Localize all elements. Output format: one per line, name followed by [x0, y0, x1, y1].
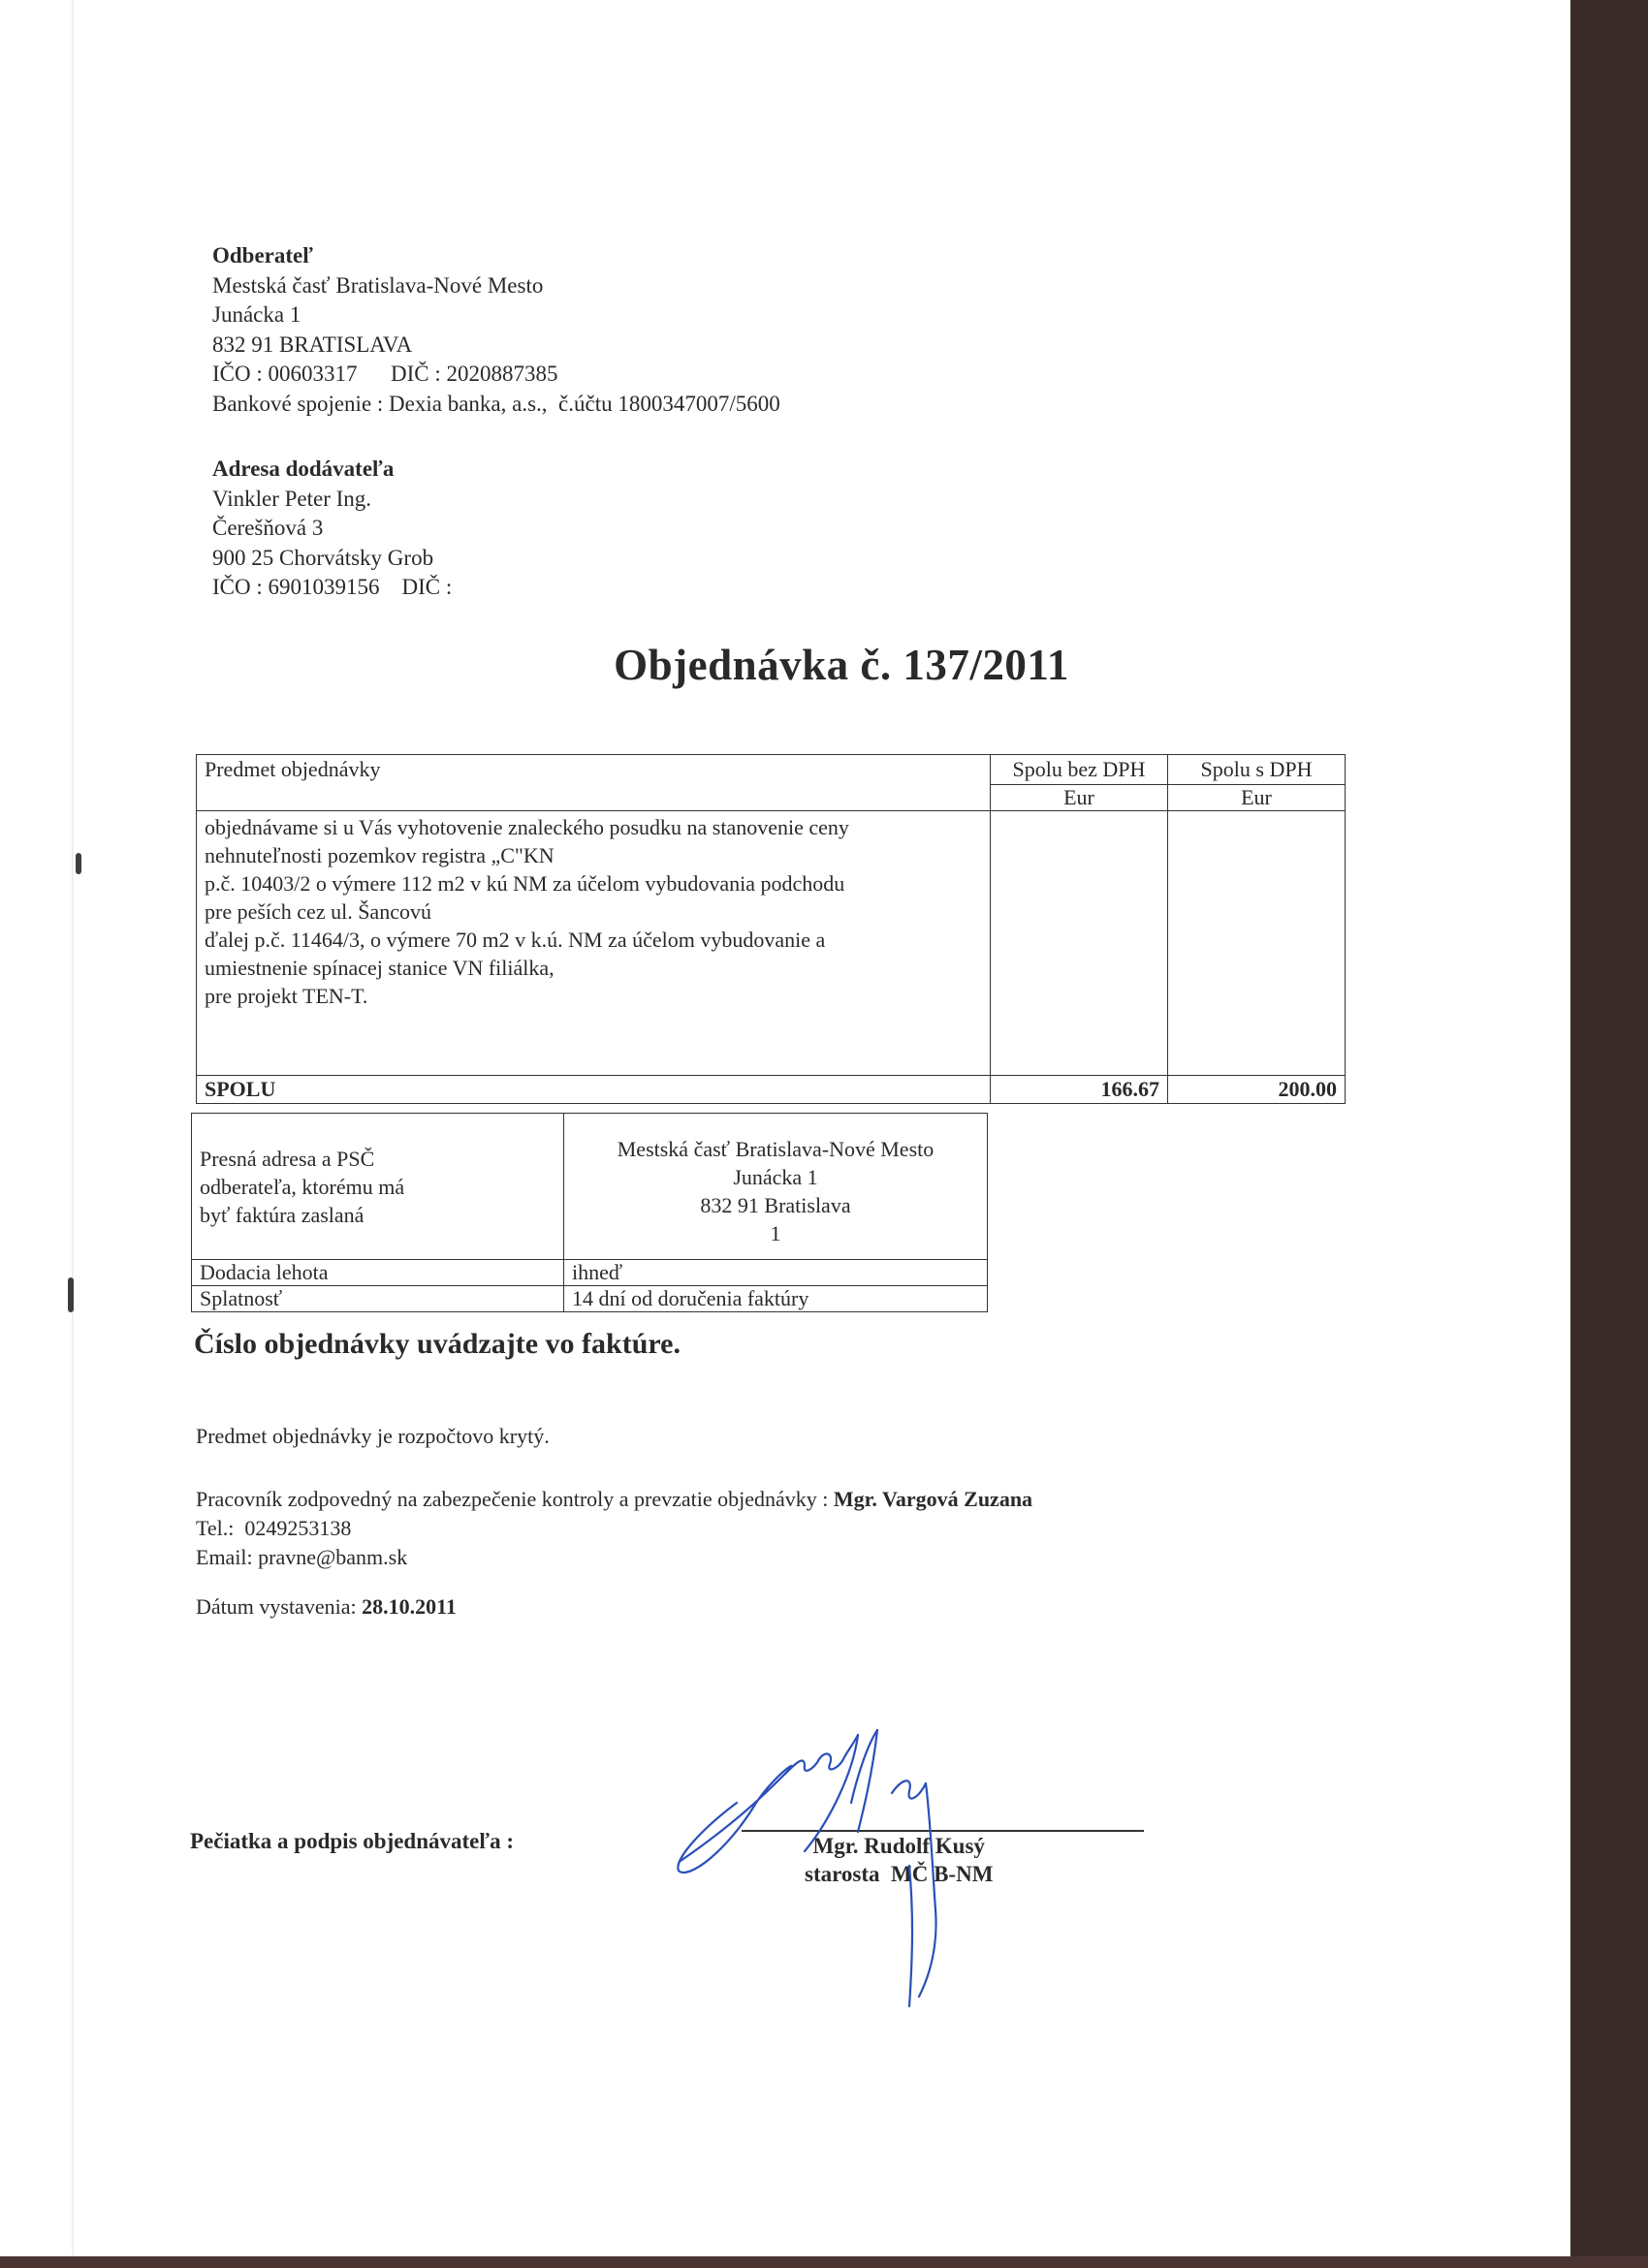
responsible-phone: Tel.: 0249253138	[196, 1514, 1032, 1543]
responsible-email: Email: pravne@banm.sk	[196, 1543, 1032, 1572]
customer-name: Mestská časť Bratislava-Nové Mesto	[212, 271, 780, 301]
description-row: objednávame si u Vás vyhotovenie znaleck…	[197, 811, 1346, 1076]
customer-bank: Bankové spojenie : Dexia banka, a.s., č.…	[212, 390, 780, 420]
order-header-row: Predmet objednávky Spolu bez DPH Spolu s…	[197, 755, 1346, 785]
customer-street: Junácka 1	[212, 300, 780, 331]
address-value-line: 1	[572, 1219, 979, 1247]
order-table: Predmet objednávky Spolu bez DPH Spolu s…	[196, 754, 1346, 1104]
total-row: SPOLU 166.67 200.00	[197, 1076, 1346, 1104]
net-header: Spolu bez DPH	[991, 755, 1168, 785]
gross-currency: Eur	[1168, 785, 1346, 811]
delivery-row: Dodacia lehota ihneď	[192, 1260, 988, 1286]
total-net: 166.67	[991, 1076, 1168, 1104]
description-line: nehnuteľnosti pozemkov registra „C"KN	[205, 841, 982, 869]
responsible-name: Mgr. Vargová Zuzana	[834, 1487, 1032, 1511]
supplier-name: Vinkler Peter Ing.	[212, 485, 452, 515]
customer-heading: Odberateľ	[212, 241, 780, 271]
issue-date-value: 28.10.2011	[362, 1594, 457, 1619]
invoice-address-value: Mestská časť Bratislava-Nové Mesto Junác…	[564, 1114, 988, 1260]
address-label-line: odberateľa, ktorému má	[200, 1173, 555, 1201]
address-value-line: Junácka 1	[572, 1163, 979, 1191]
customer-ids: IČO : 00603317 DIČ : 2020887385	[212, 360, 780, 390]
invoice-address-row: Presná adresa a PSČ odberateľa, ktorému …	[192, 1114, 988, 1260]
order-description: objednávame si u Vás vyhotovenie znaleck…	[197, 811, 991, 1076]
scan-background-edge	[1570, 0, 1648, 2268]
document-title: Objednávka č. 137/2011	[0, 640, 1648, 690]
net-empty-cell	[991, 811, 1168, 1076]
total-label: SPOLU	[197, 1076, 991, 1104]
total-gross: 200.00	[1168, 1076, 1346, 1104]
gross-header: Spolu s DPH	[1168, 755, 1346, 785]
gross-empty-cell	[1168, 811, 1346, 1076]
invoice-table: Presná adresa a PSČ odberateľa, ktorému …	[191, 1113, 988, 1312]
delivery-label: Dodacia lehota	[192, 1260, 564, 1286]
address-label-line: Presná adresa a PSČ	[200, 1145, 555, 1173]
supplier-street: Čerešňová 3	[212, 514, 452, 544]
document-title-text: Objednávka č. 137/2011	[614, 641, 1069, 689]
supplier-ids: IČO : 6901039156 DIČ :	[212, 573, 452, 603]
address-value-line: 832 91 Bratislava	[572, 1191, 979, 1219]
supplier-block: Adresa dodávateľa Vinkler Peter Ing. Čer…	[212, 455, 452, 603]
due-value: 14 dní od doručenia faktúry	[564, 1286, 988, 1312]
responsible-block: Pracovník zodpovedný na zabezpečenie kon…	[196, 1485, 1032, 1572]
net-currency: Eur	[991, 785, 1168, 811]
delivery-value: ihneď	[564, 1260, 988, 1286]
description-line: pre projekt TEN-T.	[205, 982, 982, 1010]
address-label-line: byť faktúra zaslaná	[200, 1201, 555, 1229]
address-value-line: Mestská časť Bratislava-Nové Mesto	[572, 1135, 979, 1163]
issue-date: Dátum vystavenia: 28.10.2011	[196, 1592, 457, 1622]
customer-block: Odberateľ Mestská časť Bratislava-Nové M…	[212, 241, 780, 419]
punch-hole-mark	[76, 853, 81, 874]
subject-header: Predmet objednávky	[197, 755, 991, 811]
description-line: objednávame si u Vás vyhotovenie znaleck…	[205, 813, 982, 841]
invoice-notice: Číslo objednávky uvádzajte vo faktúre.	[194, 1328, 681, 1361]
invoice-address-label: Presná adresa a PSČ odberateľa, ktorému …	[192, 1114, 564, 1260]
handwritten-signature-icon	[659, 1716, 1086, 2035]
description-line: umiestnenie spínacej stanice VN filiálka…	[205, 954, 982, 982]
issue-date-label: Dátum vystavenia:	[196, 1594, 362, 1619]
signature-label: Pečiatka a podpis objednávateľa :	[190, 1829, 514, 1854]
page-fold-shadow	[72, 0, 74, 2268]
customer-city: 832 91 BRATISLAVA	[212, 331, 780, 361]
due-row: Splatnosť 14 dní od doručenia faktúry	[192, 1286, 988, 1312]
punch-hole-mark	[68, 1277, 74, 1312]
description-line: pre peších cez ul. Šancovú	[205, 898, 982, 926]
scan-background-edge	[0, 2256, 1648, 2268]
description-line: ďalej p.č. 11464/3, o výmere 70 m2 v k.ú…	[205, 926, 982, 954]
supplier-city: 900 25 Chorvátsky Grob	[212, 544, 452, 574]
responsible-line: Pracovník zodpovedný na zabezpečenie kon…	[196, 1485, 1032, 1514]
supplier-heading: Adresa dodávateľa	[212, 455, 452, 485]
description-line: p.č. 10403/2 o výmere 112 m2 v kú NM za …	[205, 869, 982, 898]
responsible-label: Pracovník zodpovedný na zabezpečenie kon…	[196, 1487, 834, 1511]
due-label: Splatnosť	[192, 1286, 564, 1312]
budget-note: Predmet objednávky je rozpočtovo krytý.	[196, 1422, 550, 1451]
